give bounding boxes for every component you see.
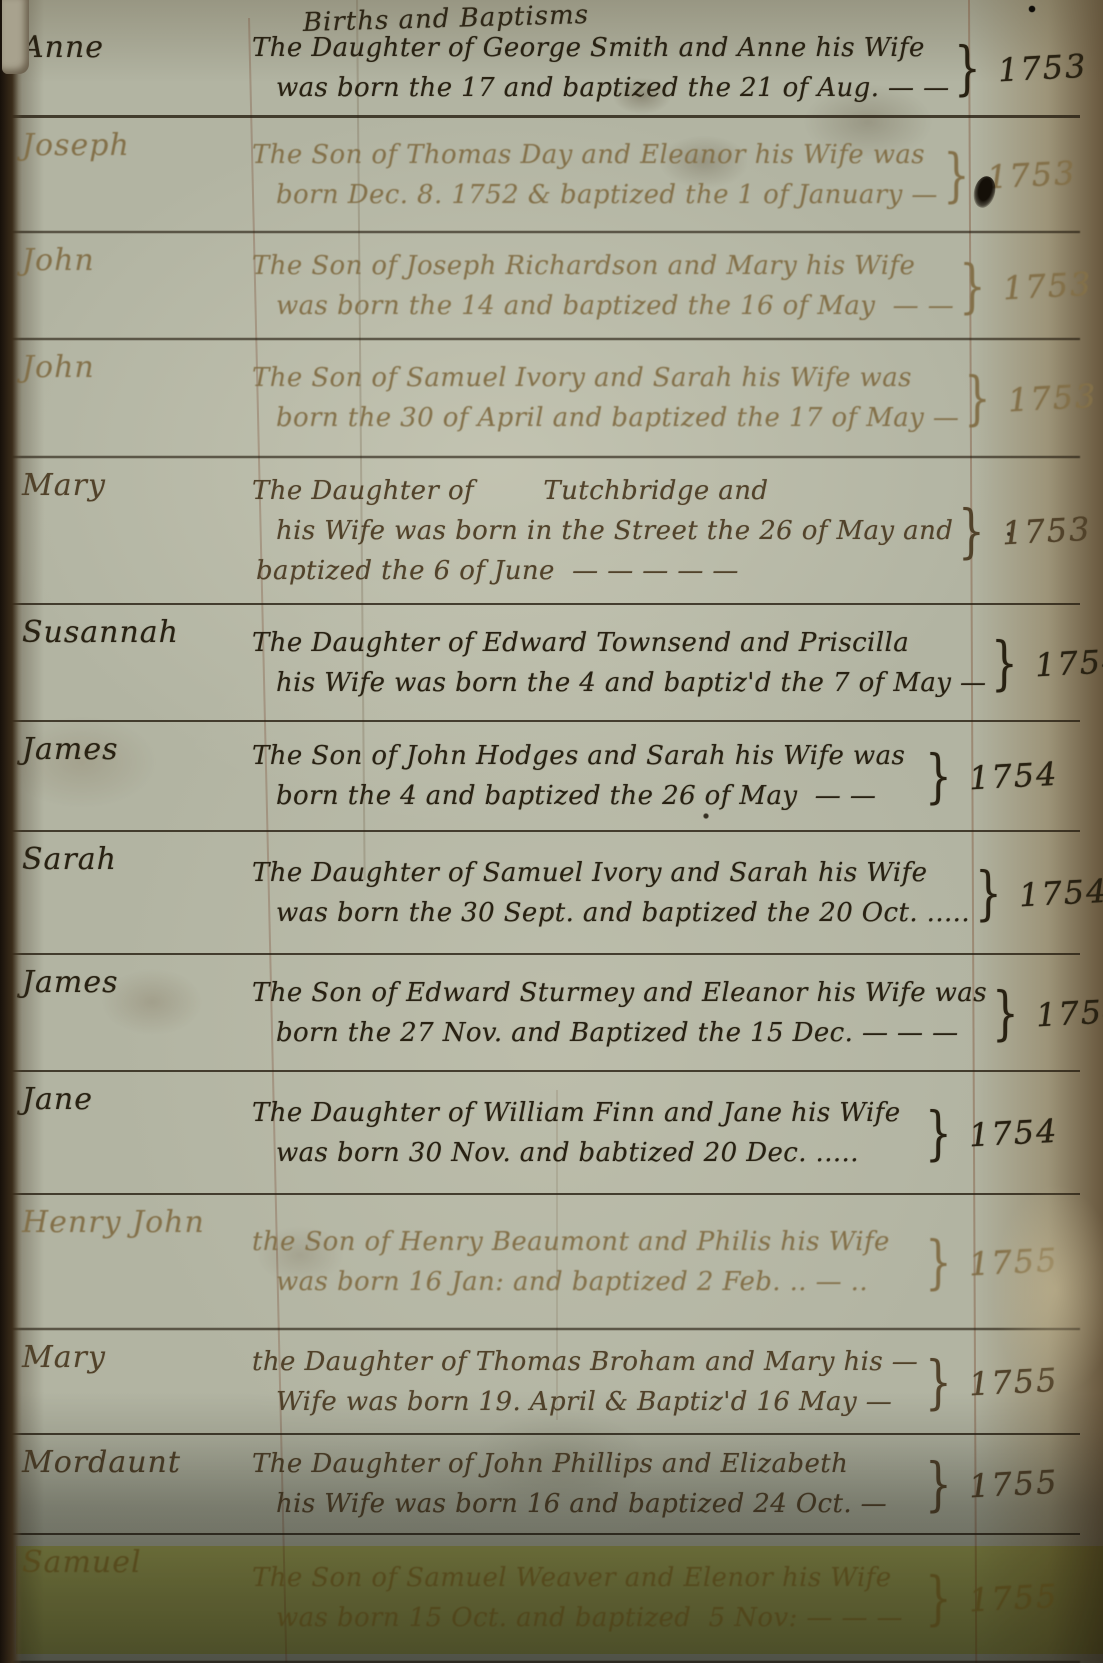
record-row: Susannah The Daughter of Edward Townsend… <box>0 605 1080 722</box>
record-name: Jane <box>0 1072 238 1193</box>
brace-mark: } <box>964 369 991 427</box>
brace-mark: } <box>925 1353 952 1411</box>
record-line: was born 16 Jan: and baptized 2 Feb. .. … <box>276 1262 920 1302</box>
record-lines: the Son of Henry Beaumont and Philis his… <box>238 1195 920 1328</box>
record-line: The Son of John Hodges and Sarah his Wif… <box>252 736 920 776</box>
brace-mark: } <box>958 502 985 560</box>
record-year-cell: } 1753 <box>938 118 1098 231</box>
record-row: John The Son of Samuel Ivory and Sarah h… <box>0 340 1080 458</box>
record-line: his Wife was born in the Street the 26 o… <box>276 511 953 551</box>
record-line: Wife was born 19. April & Baptiz'd 16 Ma… <box>276 1382 920 1422</box>
brace-mark: } <box>925 1455 952 1513</box>
brace-mark: } <box>925 747 952 805</box>
record-row: Samuel The Son of Samuel Weaver and Elen… <box>0 1535 1080 1663</box>
record-line: his Wife was born the 4 and baptiz'd the… <box>276 663 986 703</box>
record-year-cell: } 1754 <box>987 955 1103 1070</box>
record-name: Henry John <box>0 1195 238 1328</box>
record-line: The Son of Samuel Weaver and Elenor his … <box>252 1558 920 1598</box>
record-year-cell: } 1755 <box>920 1435 1080 1533</box>
record-lines: The Son of Thomas Day and Eleanor his Wi… <box>238 118 938 231</box>
records-table: Anne The Daughter of George Smith and An… <box>0 20 1080 1663</box>
record-lines: The Son of Samuel Weaver and Elenor his … <box>238 1535 920 1661</box>
record-line: baptized the 6 of June — — — — — <box>256 551 953 591</box>
record-lines: The Daughter of George Smith and Anne hi… <box>238 20 949 115</box>
record-line: the Son of Henry Beaumont and Philis his… <box>252 1222 920 1262</box>
record-year: 1753 <box>1001 509 1092 552</box>
record-name: James <box>0 722 238 830</box>
brace-mark: } <box>975 864 1002 922</box>
record-year: 1754 <box>1035 991 1103 1034</box>
record-name: Mary <box>0 1330 238 1433</box>
record-year-cell: } 1753 <box>954 233 1103 338</box>
record-line: was born the 30 Sept. and baptized the 2… <box>276 893 970 933</box>
record-line: born the 30 of April and baptized the 17… <box>276 398 959 438</box>
record-lines: The Son of Joseph Richardson and Mary hi… <box>238 233 954 338</box>
record-line: The Daughter of George Smith and Anne hi… <box>252 28 949 68</box>
record-line: was born 30 Nov. and babtized 20 Dec. ..… <box>276 1133 920 1173</box>
record-name: Susannah <box>0 605 238 720</box>
record-lines: The Daughter of Tutchbridge andhis Wife … <box>238 458 953 603</box>
record-year: 1754 <box>1034 641 1103 684</box>
record-lines: The Daughter of William Finn and Jane hi… <box>238 1072 920 1193</box>
record-name: Samuel <box>0 1535 238 1661</box>
record-row: Mary The Daughter of Tutchbridge andhis … <box>0 458 1080 605</box>
record-row: James The Son of Edward Sturmey and Elea… <box>0 955 1080 1072</box>
record-line: born the 4 and baptized the 26 of May — … <box>276 776 920 816</box>
record-year-cell: } 1754 <box>920 722 1080 830</box>
record-year-cell: } 1753 <box>959 340 1103 456</box>
record-row: Henry John the Son of Henry Beaumont and… <box>0 1195 1080 1330</box>
record-line: was born the 17 and baptized the 21 of A… <box>276 68 949 108</box>
brace-mark: } <box>943 146 970 204</box>
record-year: 1754 <box>1018 871 1103 914</box>
record-row: Anne The Daughter of George Smith and An… <box>0 20 1080 118</box>
record-year: 1755 <box>968 1240 1059 1283</box>
record-line: The Daughter of William Finn and Jane hi… <box>252 1093 920 1133</box>
record-name: James <box>0 955 238 1070</box>
brace-mark: } <box>925 1104 952 1162</box>
record-year: 1754 <box>968 1111 1059 1154</box>
record-name: John <box>0 233 238 338</box>
record-line: The Daughter of Edward Townsend and Pris… <box>252 623 986 663</box>
record-year: 1755 <box>968 1577 1059 1620</box>
record-name: Mary <box>0 458 238 603</box>
brace-mark: } <box>992 984 1019 1042</box>
record-line: born the 27 Nov. and Baptized the 15 Dec… <box>276 1013 987 1053</box>
record-year-cell: } 1754 <box>920 1072 1080 1193</box>
record-name: Sarah <box>0 832 238 953</box>
record-line: The Son of Thomas Day and Eleanor his Wi… <box>252 135 938 175</box>
brace-mark: } <box>959 257 986 315</box>
record-lines: The Daughter of Edward Townsend and Pris… <box>238 605 986 720</box>
record-line: the Daughter of Thomas Broham and Mary h… <box>252 1342 920 1382</box>
record-lines: The Son of Samuel Ivory and Sarah his Wi… <box>238 340 959 456</box>
record-year-cell: } 1755 <box>920 1330 1080 1433</box>
brace-mark: } <box>992 634 1019 692</box>
record-lines: the Daughter of Thomas Broham and Mary h… <box>238 1330 920 1433</box>
record-name: Anne <box>0 20 238 115</box>
record-row: Jane The Daughter of William Finn and Ja… <box>0 1072 1080 1195</box>
record-line: was born 15 Oct. and baptized 5 Nov: — —… <box>276 1598 920 1638</box>
record-year-cell: } 1753 <box>949 20 1103 115</box>
record-year: 1755 <box>968 1360 1059 1403</box>
record-year-cell: } 1754 <box>986 605 1103 720</box>
record-year: 1753 <box>1007 377 1098 420</box>
record-year: 1755 <box>968 1463 1059 1506</box>
record-line: was born the 14 and baptized the 16 of M… <box>276 286 954 326</box>
record-line: The Son of Joseph Richardson and Mary hi… <box>252 246 954 286</box>
record-year: 1753 <box>1002 264 1093 307</box>
record-lines: The Daughter of Samuel Ivory and Sarah h… <box>238 832 970 953</box>
record-line: born Dec. 8. 1752 & baptized the 1 of Ja… <box>276 175 938 215</box>
record-lines: The Son of John Hodges and Sarah his Wif… <box>238 722 920 830</box>
record-line: The Daughter of Samuel Ivory and Sarah h… <box>252 853 970 893</box>
record-line: his Wife was born 16 and baptized 24 Oct… <box>276 1484 920 1524</box>
record-line: The Son of Samuel Ivory and Sarah his Wi… <box>252 358 959 398</box>
record-year-cell: } 1755 <box>920 1195 1080 1328</box>
brace-mark: } <box>925 1569 952 1627</box>
record-line: The Son of Edward Sturmey and Eleanor hi… <box>252 973 987 1013</box>
record-name: Joseph <box>0 118 238 231</box>
record-row: Mary the Daughter of Thomas Broham and M… <box>0 1330 1080 1435</box>
register-page-scan: Births and Baptisms Anne The Daughter of… <box>0 0 1103 1663</box>
record-year-cell: } 1755 <box>920 1535 1080 1661</box>
record-year: 1754 <box>968 755 1059 798</box>
record-year-cell: } 1754 <box>970 832 1103 953</box>
record-name: Mordaunt <box>0 1435 238 1533</box>
record-line: The Daughter of Tutchbridge and <box>252 471 953 511</box>
record-row: Joseph The Son of Thomas Day and Eleanor… <box>0 118 1080 233</box>
record-row: James The Son of John Hodges and Sarah h… <box>0 722 1080 832</box>
record-year: 1753 <box>986 153 1077 196</box>
brace-mark: } <box>955 39 982 97</box>
brace-mark: } <box>925 1233 952 1291</box>
record-lines: The Daughter of John Phillips and Elizab… <box>238 1435 920 1533</box>
record-row: John The Son of Joseph Richardson and Ma… <box>0 233 1080 340</box>
record-year-cell: } 1753 <box>953 458 1103 603</box>
record-name: John <box>0 340 238 456</box>
record-year: 1753 <box>997 46 1088 89</box>
record-row: Mordaunt The Daughter of John Phillips a… <box>0 1435 1080 1535</box>
record-line: The Daughter of John Phillips and Elizab… <box>252 1444 920 1484</box>
page-corner-tab <box>2 0 29 74</box>
record-row: Sarah The Daughter of Samuel Ivory and S… <box>0 832 1080 955</box>
record-lines: The Son of Edward Sturmey and Eleanor hi… <box>238 955 987 1070</box>
